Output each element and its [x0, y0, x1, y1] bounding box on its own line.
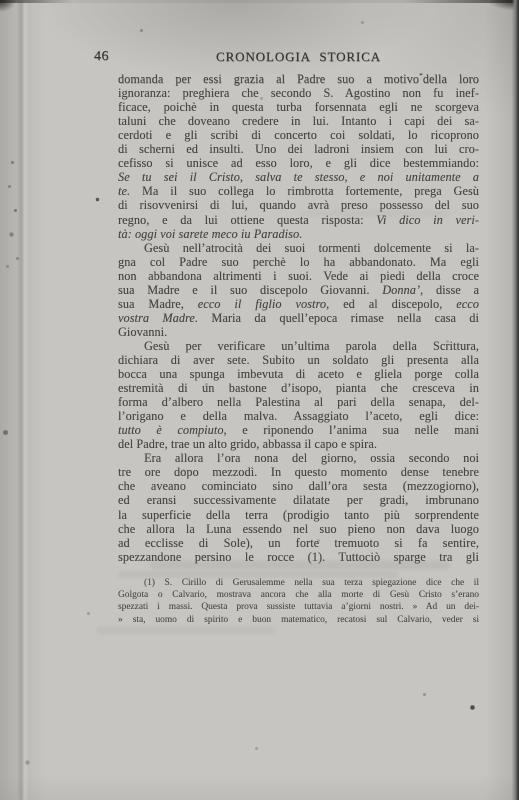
text-line: Se tu sei il Cristo, salva te stesso, e … [118, 170, 479, 184]
footnote: (1) S. Cirillo di Gerusalemme nella sua … [118, 577, 479, 626]
text-line: la superficie della terra (prodigio tant… [118, 508, 479, 522]
scan-corner-top-left [0, 0, 16, 12]
page-header: 46 CRONOLOGIA STORICA [118, 48, 479, 66]
text-line: del Padre, trae un alto grido, abbassa i… [118, 437, 479, 451]
paper-crease [17, 0, 29, 800]
text-line: forma d’albero nella Palestina al pari d… [118, 395, 479, 409]
text-line: che allora la Luna essendo nel suo pieno… [118, 522, 479, 536]
text-line: sua Madre, ecco il figlio vostro, ed al … [118, 297, 479, 311]
text-line: cerdoti e gli scribi di concerto coi sol… [118, 128, 479, 142]
text-line: sua Madre e il suo discepolo Giovanni. D… [118, 283, 479, 297]
text-line: spezzandone persino le rocce (1). Tuttoc… [118, 550, 479, 564]
text-line: domanda per essi grazia al Padre suo a m… [118, 69, 479, 86]
text-line: estremità di un bastone d’isopo, pianta … [118, 381, 479, 395]
text-line: Gesù per verificare un’ultima parola del… [118, 339, 479, 353]
text-line: ed eransi successivamente dilatate per g… [118, 493, 479, 507]
text-line: Giovanni. [118, 325, 479, 339]
scan-corner-top-right [489, 0, 519, 10]
text-line: vostra Madre. Maria da quell’epoca rimas… [118, 311, 479, 325]
text-line: tà: oggi voi sarete meco iu Paradiso. [118, 227, 479, 241]
text-line: cefisso si unisce ad esso loro, e gli di… [118, 156, 479, 170]
paper-specks [0, 0, 1, 1]
scan-top-edge [0, 0, 519, 3]
text-line: tutto è compiuto, e riponendo l’anima su… [118, 423, 479, 437]
text-line: tre ore dopo mezzodì. In questo momento … [118, 465, 479, 479]
text-line: » sta, uomo di spirito e buon matematico… [118, 614, 479, 626]
text-line: ad ecclisse di Sole), un forte tremuoto … [118, 536, 479, 550]
text-line: Golgota o Calvario, mostrava ancora che … [118, 589, 479, 601]
scanned-book-page: 46 CRONOLOGIA STORICA domanda per essi g… [0, 0, 519, 800]
text-line: ficace, poichè in questa turba forsennat… [118, 100, 479, 114]
running-title: CRONOLOGIA STORICA [216, 49, 381, 64]
text-line: non abbandona altrimenti i suoi. Vede ai… [118, 269, 479, 283]
text-line: bocca una spunga imbevuta di aceto e gli… [118, 367, 479, 381]
text-line: di scherni ed insulti. Uno dei ladroni i… [118, 142, 479, 156]
scan-right-edge [512, 0, 519, 800]
text-line: (1) S. Cirillo di Gerusalemme nella sua … [118, 577, 479, 589]
text-line: te. Ma il suo collega lo rimbrotta forte… [118, 184, 479, 198]
text-line: l’origano e della malva. Assaggiato l’ac… [118, 409, 479, 423]
page-number: 46 [94, 49, 109, 65]
text-line: taluni che doveano credere in lui. Intan… [118, 114, 479, 128]
text-line: di risovvenirsi di lui, quando avrà pres… [118, 198, 479, 212]
text-line: dichiara di aver sete. Subito un soldato… [118, 353, 479, 367]
body-text: domanda per essi grazia al Padre suo a m… [118, 69, 479, 564]
ink-showthrough [96, 627, 276, 634]
text-line: ignoranza: preghiera che secondo S. Agos… [118, 86, 479, 100]
text-line: gna col Padre suo perchè lo ha abbandona… [118, 255, 479, 269]
text-line: spezzati i massi. Questa prova sussiste … [118, 601, 479, 613]
text-line: regno, e da lui ottiene questa risposta:… [118, 213, 479, 227]
text-line: Era allora l’ora nona del giorno, ossia … [118, 451, 479, 465]
text-line: Gesù nell’atrocità dei suoi tormenti dol… [118, 241, 479, 255]
text-line: che aveano cominciato sino dall’ora sest… [118, 479, 479, 493]
